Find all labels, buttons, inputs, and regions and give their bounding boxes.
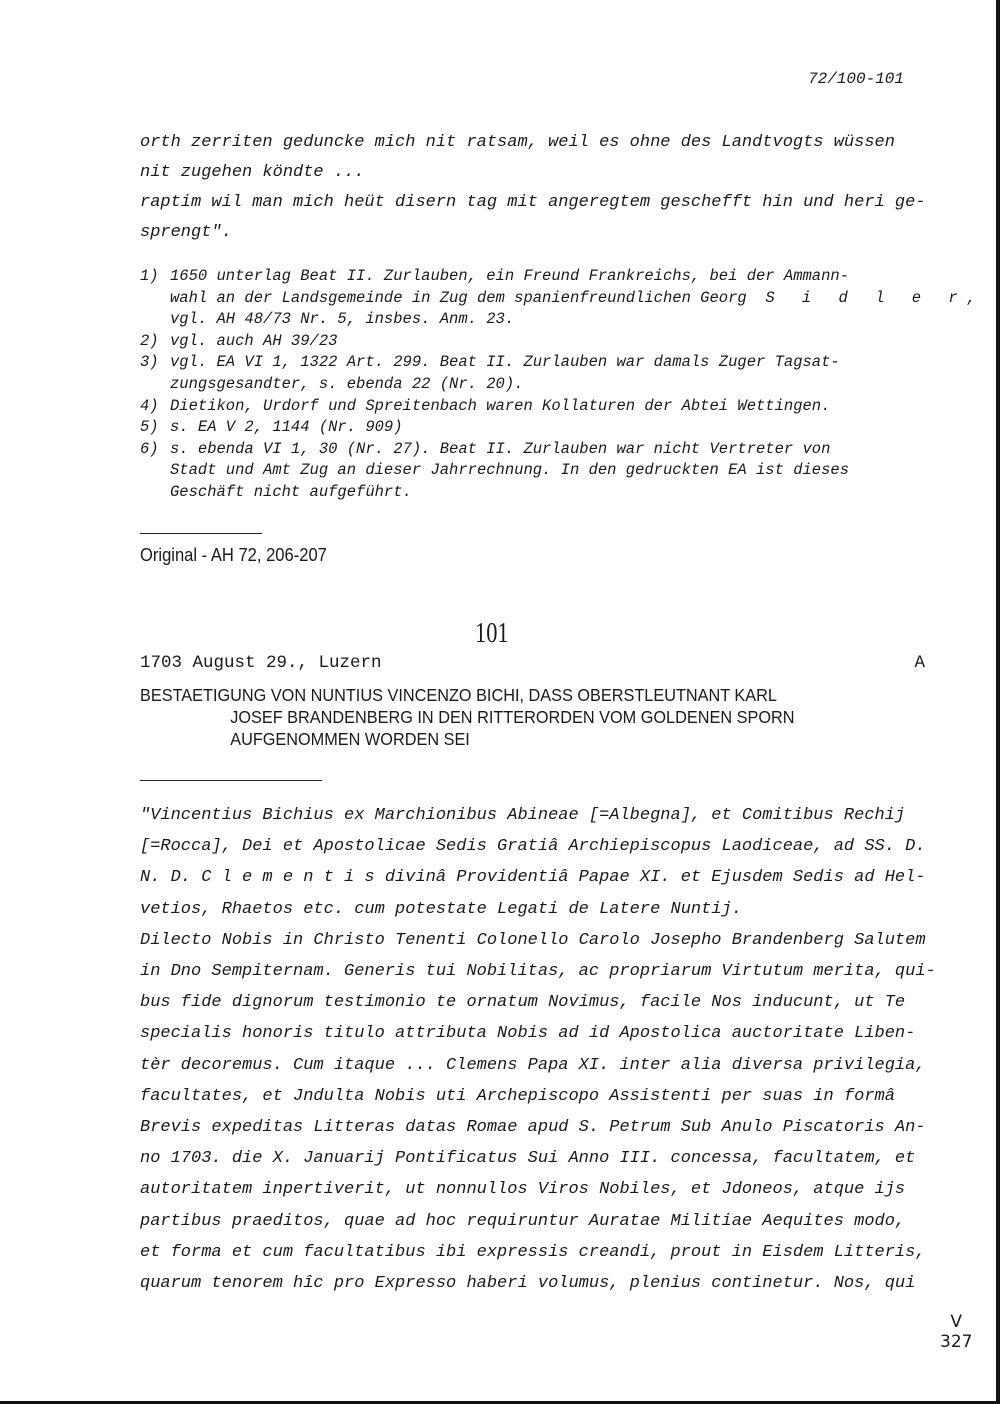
footnote-line: Dietikon, Urdorf und Spreitenbach waren … <box>170 396 830 418</box>
latin-line: Dilecto Nobis in Christo Tenenti Colonel… <box>140 925 940 956</box>
page-reference: 72/100-101 <box>808 70 904 88</box>
latin-line: tèr decoremus. Cum itaque ... Clemens Pa… <box>140 1050 940 1081</box>
footnote-line: vgl. auch AH 39/23 <box>170 331 337 353</box>
footnotes: 1) 1650 unterlag Beat II. Zurlauben, ein… <box>140 266 940 504</box>
latin-line: "Vincentius Bichius ex Marchionibus Abin… <box>140 800 940 831</box>
latin-line: in Dno Sempiternam. Generis tui Nobilita… <box>140 956 940 987</box>
type-marker: A <box>914 653 925 673</box>
latin-line: specialis honoris titulo attributa Nobis… <box>140 1018 940 1049</box>
title-line: AUFGENOMMEN WORDEN SEI <box>140 728 884 750</box>
footnote-number: 1) <box>140 266 170 331</box>
footnote-6: 6) s. ebenda VI 1, 30 (Nr. 27). Beat II.… <box>140 439 940 504</box>
footnote-1: 1) 1650 unterlag Beat II. Zurlauben, ein… <box>140 266 940 331</box>
quote-line: sprengt". <box>140 218 930 248</box>
date-line: 1703 August 29., Luzern A <box>140 653 925 673</box>
title-line: BESTAETIGUNG VON NUNTIUS VINCENZO BICHI,… <box>140 684 884 706</box>
footnote-number: 4) <box>140 396 170 418</box>
latin-line: autoritatem inpertiverit, ut nonnullos V… <box>140 1174 940 1205</box>
latin-line: no 1703. die X. Januarij Pontificatus Su… <box>140 1143 940 1174</box>
handwritten-line: 327 <box>940 1332 972 1352</box>
date-place: 1703 August 29., Luzern <box>140 653 382 673</box>
latin-line: vetios, Rhaetos etc. cum potestate Legat… <box>140 894 940 925</box>
footnote-5: 5) s. EA V 2, 1144 (Nr. 909) <box>140 417 940 439</box>
footnote-number: 3) <box>140 352 170 395</box>
separator-rule <box>140 780 322 781</box>
latin-line: Brevis expeditas Litteras datas Romae ap… <box>140 1112 940 1143</box>
document-title: BESTAETIGUNG VON NUNTIUS VINCENZO BICHI,… <box>140 684 884 750</box>
latin-line: [=Rocca], Dei et Apostolicae Sedis Grati… <box>140 831 940 862</box>
footnote-text: wahl an der Landsgemeinde in Zug dem spa… <box>170 289 747 307</box>
source-note: Original - AH 72, 206-207 <box>140 545 327 566</box>
handwritten-page-mark: V 327 <box>940 1312 972 1352</box>
latin-line: et forma et cum facultatibus ibi express… <box>140 1237 940 1268</box>
document-page: 72/100-101 orth zerriten geduncke mich n… <box>0 0 1000 1404</box>
footnote-line: wahl an der Landsgemeinde in Zug dem spa… <box>170 288 985 310</box>
footnote-line: zungsgesandter, s. ebenda 22 (Nr. 20). <box>170 374 840 396</box>
footnote-4: 4) Dietikon, Urdorf und Spreitenbach war… <box>140 396 940 418</box>
footnote-line: vgl. AH 48/73 Nr. 5, insbes. Anm. 23. <box>170 309 985 331</box>
title-line: JOSEF BRANDENBERG IN DEN RITTERORDEN VOM… <box>140 706 884 728</box>
latin-line: quarum tenorem hîc pro Expresso haberi v… <box>140 1268 940 1299</box>
footnote-line: vgl. EA VI 1, 1322 Art. 299. Beat II. Zu… <box>170 352 840 374</box>
footnote-line: 1650 unterlag Beat II. Zurlauben, ein Fr… <box>170 266 985 288</box>
footnote-line: s. ebenda VI 1, 30 (Nr. 27). Beat II. Zu… <box>170 439 849 461</box>
latin-line: bus fide dignorum testimonio te ornatum … <box>140 987 940 1018</box>
footnote-number: 6) <box>140 439 170 504</box>
latin-text: "Vincentius Bichius ex Marchionibus Abin… <box>140 800 940 1299</box>
latin-line: partibus praeditos, quae ad hoc requirun… <box>140 1206 940 1237</box>
handwritten-line: V <box>940 1312 972 1332</box>
latin-line: N. D. C l e m e n t i s divinâ Provident… <box>140 862 940 893</box>
quote-line: raptim wil man mich heüt disern tag mit … <box>140 188 930 218</box>
quote-continuation: orth zerriten geduncke mich nit ratsam, … <box>140 128 930 248</box>
separator-rule <box>140 533 262 534</box>
footnote-line: Stadt und Amt Zug an dieser Jahrrechnung… <box>170 460 849 482</box>
scan-border-right <box>996 0 1000 1404</box>
footnote-3: 3) vgl. EA VI 1, 1322 Art. 299. Beat II.… <box>140 352 940 395</box>
document-number: 101 <box>475 618 509 650</box>
spaced-name: S i d l e r, <box>765 289 985 307</box>
footnote-number: 2) <box>140 331 170 353</box>
footnote-2: 2) vgl. auch AH 39/23 <box>140 331 940 353</box>
footnote-line: Geschäft nicht aufgeführt. <box>170 482 849 504</box>
quote-line: orth zerriten geduncke mich nit ratsam, … <box>140 128 930 158</box>
quote-line: nit zugehen köndte ... <box>140 158 930 188</box>
footnote-number: 5) <box>140 417 170 439</box>
footnote-line: s. EA V 2, 1144 (Nr. 909) <box>170 417 403 439</box>
latin-line: facultates, et Jndulta Nobis uti Archepi… <box>140 1081 940 1112</box>
